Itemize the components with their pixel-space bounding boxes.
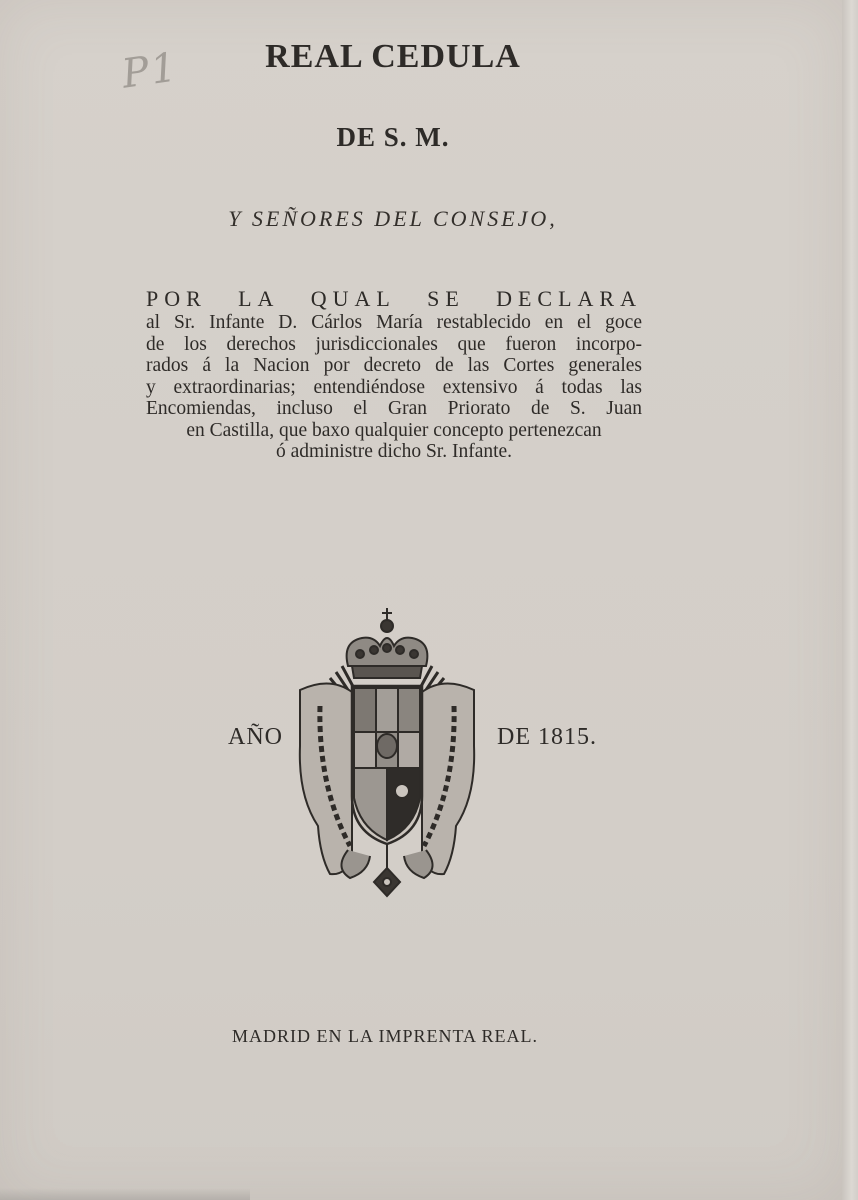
body-line: en Castilla, que baxo qualquier concepto…: [146, 420, 642, 442]
document-subtitle: DE S. M.: [0, 122, 786, 153]
consejo-line: Y SEÑORES DEL CONSEJO,: [0, 206, 786, 232]
page-edge: [842, 0, 858, 1200]
body-line: de los derechos jurisdiccionales que fue…: [146, 334, 642, 356]
year-value: DE 1815.: [497, 724, 597, 751]
body-line: ó administre dicho Sr. Infante.: [146, 441, 642, 463]
document-title: REAL CEDULA: [0, 38, 786, 76]
body-line: y extraordinarias; entendiéndose extensi…: [146, 377, 642, 399]
torn-edge: [0, 1188, 250, 1200]
year-label: AÑO: [228, 724, 283, 751]
imprint-line: MADRID EN LA IMPRENTA REAL.: [0, 1026, 770, 1047]
declara-heading: POR LA QUAL SE DECLARA: [146, 286, 642, 312]
declara-word: DECLARA: [496, 286, 642, 312]
declaration-body: al Sr. Infante D. Cárlos María restablec…: [146, 312, 642, 463]
document-page: P1 REAL CEDULA DE S. M. Y SEÑORES DEL CO…: [0, 0, 842, 1200]
declara-word: QUAL: [311, 286, 396, 312]
declara-word: SE: [427, 286, 465, 312]
body-line: rados á la Nacion por decreto de las Cor…: [146, 355, 642, 377]
body-line: Encomiendas, incluso el Gran Priorato de…: [146, 398, 642, 420]
declara-word: POR: [146, 286, 207, 312]
body-line: al Sr. Infante D. Cárlos María restablec…: [146, 312, 642, 334]
declara-word: LA: [238, 286, 279, 312]
royal-coat-of-arms-icon: [290, 606, 484, 902]
